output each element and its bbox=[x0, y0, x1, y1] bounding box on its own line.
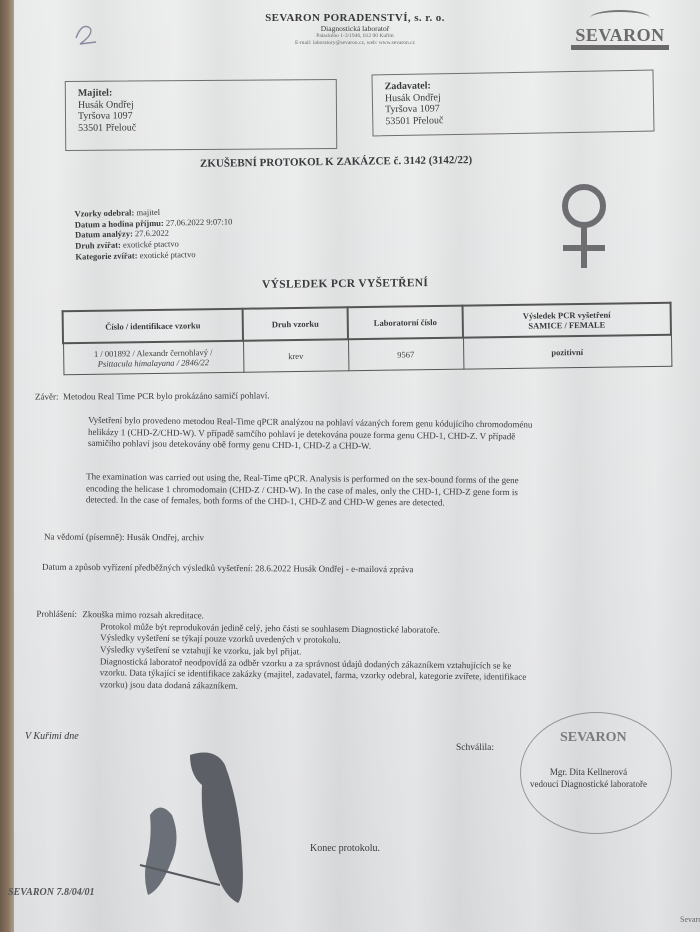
notified-line: Na vědomí (písemně): Husák Ondřej, archi… bbox=[44, 532, 204, 545]
signer-role: vedoucí Diagnostické laboratoře bbox=[530, 779, 647, 791]
female-symbol-icon bbox=[553, 182, 615, 272]
result-table: Číslo / identifikace vzorku Druh vzorku … bbox=[62, 302, 673, 376]
department-name: Diagnostická laboratoř bbox=[220, 25, 490, 34]
sevaron-logo: SEVARON bbox=[565, 10, 675, 50]
result-value: pozitivní bbox=[463, 335, 671, 369]
owner-box: Majitel: Husák Ondřej Tyršova 1097 53501… bbox=[65, 79, 337, 151]
handwritten-mark bbox=[72, 18, 102, 48]
client-box: Zadavatel: Husák Ondřej Tyršova 1097 535… bbox=[371, 70, 654, 137]
stamp-logo: SEVARON bbox=[560, 730, 627, 746]
signer: Mgr. Dita Kellnerová vedoucí Diagnostick… bbox=[530, 767, 647, 790]
declaration: Prohlášení: Zkouška mimo rozsah akredita… bbox=[36, 609, 677, 698]
company-name: SEVARON PORADENSTVÍ, s. r. o. bbox=[220, 12, 490, 25]
sample-metadata: Vzorky odebral: majitel Datum a hodina p… bbox=[74, 205, 233, 261]
method-description-en: The examination was carried out using th… bbox=[86, 471, 686, 511]
logo-arc-icon bbox=[590, 10, 650, 26]
lab-contact: E-mail: laboratory@sevaron.cz, web: www.… bbox=[220, 40, 490, 46]
conclusion: Závěr: Metodou Real Time PCR bylo prokáz… bbox=[35, 390, 270, 403]
owner-city: 53501 Přelouč bbox=[78, 121, 324, 134]
result-section-title: VÝSLEDEK PCR VYŠETŘENÍ bbox=[262, 277, 428, 291]
approved-label: Schválila: bbox=[456, 743, 494, 753]
document-code: SEVARON 7.8/04/01 bbox=[8, 887, 95, 898]
method-description-cz: Vyšetření bylo provedeno metodou Real-Ti… bbox=[88, 415, 688, 456]
parrots-illustration-icon bbox=[130, 745, 270, 905]
signer-name: Mgr. Dita Kellnerová bbox=[530, 767, 647, 779]
corner-text: Sevaron bbox=[680, 915, 700, 924]
place-date: V Kuřimi dne bbox=[25, 731, 79, 742]
end-of-protocol: Konec protokolu. bbox=[310, 843, 380, 854]
lab-header: SEVARON PORADENSTVÍ, s. r. o. Diagnostic… bbox=[220, 12, 490, 46]
